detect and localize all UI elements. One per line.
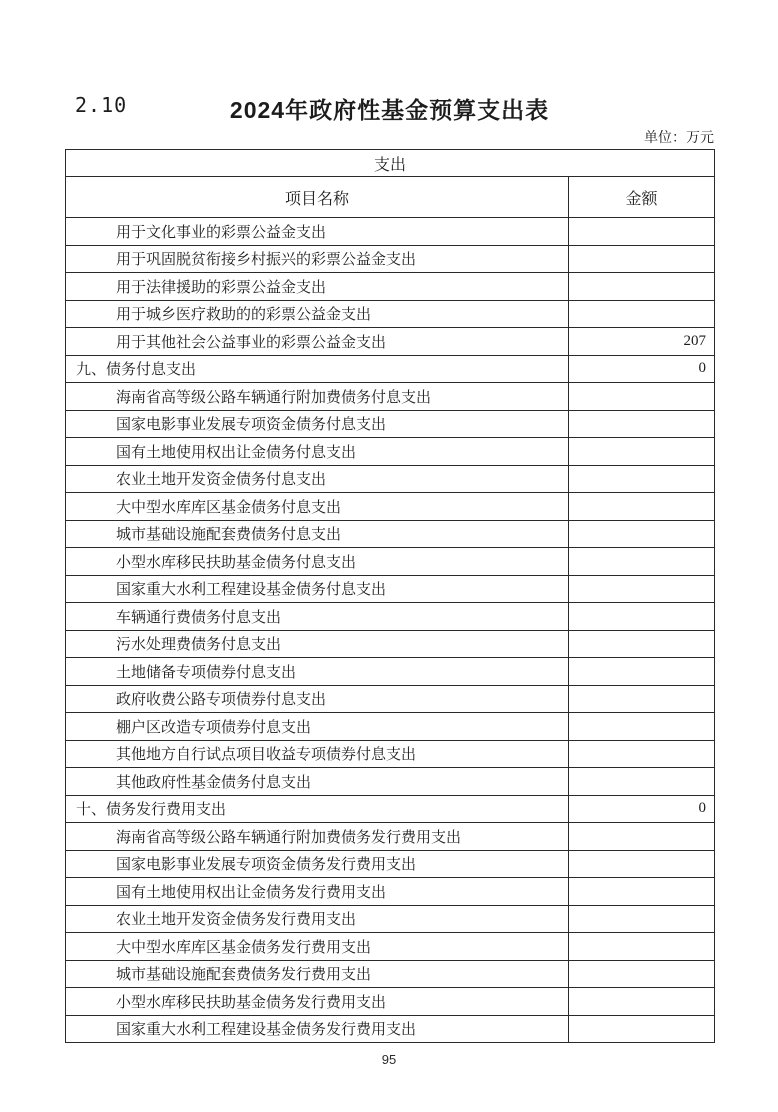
budget-expenditure-table: 支出 项目名称 金额 用于文化事业的彩票公益金支出用于巩固脱贫衔接乡村振兴的彩票…: [65, 149, 715, 1043]
table-row: 农业土地开发资金债务付息支出: [66, 465, 715, 493]
table-row: 国家重大水利工程建设基金债务付息支出: [66, 575, 715, 603]
item-name-cell: 农业土地开发资金债务发行费用支出: [66, 905, 569, 933]
table-row: 土地储备专项债券付息支出: [66, 658, 715, 686]
amount-cell: 0: [569, 795, 715, 823]
amount-cell: [569, 245, 715, 273]
item-name-cell: 其他地方自行试点项目收益专项债券付息支出: [66, 740, 569, 768]
item-name-cell: 国家重大水利工程建设基金债务发行费用支出: [66, 1015, 569, 1043]
item-name-cell: 小型水库移民扶助基金债务发行费用支出: [66, 988, 569, 1016]
item-name-cell: 污水处理费债务付息支出: [66, 630, 569, 658]
table-row: 国家电影事业发展专项资金债务付息支出: [66, 410, 715, 438]
span-header-cell: 支出: [66, 150, 715, 177]
item-name-cell: 国家电影事业发展专项资金债务发行费用支出: [66, 850, 569, 878]
page-title: 2024年政府性基金预算支出表: [65, 92, 714, 125]
amount-cell: [569, 1015, 715, 1043]
amount-cell: [569, 685, 715, 713]
table-row: 小型水库移民扶助基金债务付息支出: [66, 548, 715, 576]
table-row: 国家电影事业发展专项资金债务发行费用支出: [66, 850, 715, 878]
item-name-cell: 九、债务付息支出: [66, 355, 569, 383]
table-row: 海南省高等级公路车辆通行附加费债务发行费用支出: [66, 823, 715, 851]
table-row: 车辆通行费债务付息支出: [66, 603, 715, 631]
amount-cell: [569, 740, 715, 768]
item-name-cell: 农业土地开发资金债务付息支出: [66, 465, 569, 493]
table-row: 用于法律援助的彩票公益金支出: [66, 273, 715, 301]
item-name-cell: 城市基础设施配套费债务发行费用支出: [66, 960, 569, 988]
table-row: 用于文化事业的彩票公益金支出: [66, 218, 715, 246]
amount-cell: [569, 768, 715, 796]
amount-cell: [569, 850, 715, 878]
document-header: 2.10 2024年政府性基金预算支出表: [0, 0, 778, 120]
item-name-cell: 十、债务发行费用支出: [66, 795, 569, 823]
table-body: 用于文化事业的彩票公益金支出用于巩固脱贫衔接乡村振兴的彩票公益金支出用于法律援助…: [66, 218, 715, 1043]
table-row: 大中型水库库区基金债务付息支出: [66, 493, 715, 521]
table-row: 城市基础设施配套费债务付息支出: [66, 520, 715, 548]
table-row: 其他政府性基金债务付息支出: [66, 768, 715, 796]
amount-cell: [569, 300, 715, 328]
unit-label: 单位：万元: [65, 127, 714, 147]
item-name-cell: 土地储备专项债券付息支出: [66, 658, 569, 686]
page-number: 95: [0, 1052, 778, 1067]
amount-cell: [569, 438, 715, 466]
item-name-cell: 城市基础设施配套费债务付息支出: [66, 520, 569, 548]
amount-cell: [569, 713, 715, 741]
amount-cell: [569, 988, 715, 1016]
table-column-header-row: 项目名称 金额: [66, 177, 715, 218]
item-name-cell: 用于巩固脱贫衔接乡村振兴的彩票公益金支出: [66, 245, 569, 273]
amount-cell: [569, 493, 715, 521]
amount-cell: [569, 575, 715, 603]
item-name-cell: 国家电影事业发展专项资金债务付息支出: [66, 410, 569, 438]
item-name-cell: 政府收费公路专项债券付息支出: [66, 685, 569, 713]
table-row: 其他地方自行试点项目收益专项债券付息支出: [66, 740, 715, 768]
column-header-item-name: 项目名称: [66, 177, 569, 218]
table-row: 污水处理费债务付息支出: [66, 630, 715, 658]
item-name-cell: 国家重大水利工程建设基金债务付息支出: [66, 575, 569, 603]
amount-cell: [569, 603, 715, 631]
table-row: 小型水库移民扶助基金债务发行费用支出: [66, 988, 715, 1016]
item-name-cell: 其他政府性基金债务付息支出: [66, 768, 569, 796]
table-row: 十、债务发行费用支出0: [66, 795, 715, 823]
table-row: 海南省高等级公路车辆通行附加费债务付息支出: [66, 383, 715, 411]
item-name-cell: 大中型水库库区基金债务发行费用支出: [66, 933, 569, 961]
item-name-cell: 用于其他社会公益事业的彩票公益金支出: [66, 328, 569, 356]
table-row: 九、债务付息支出0: [66, 355, 715, 383]
amount-cell: [569, 823, 715, 851]
table-row: 大中型水库库区基金债务发行费用支出: [66, 933, 715, 961]
amount-cell: [569, 548, 715, 576]
amount-cell: [569, 960, 715, 988]
item-name-cell: 海南省高等级公路车辆通行附加费债务付息支出: [66, 383, 569, 411]
table-row: 用于其他社会公益事业的彩票公益金支出207: [66, 328, 715, 356]
table-header: 支出 项目名称 金额: [66, 150, 715, 218]
amount-cell: 207: [569, 328, 715, 356]
table-row: 用于城乡医疗救助的的彩票公益金支出: [66, 300, 715, 328]
table-row: 政府收费公路专项债券付息支出: [66, 685, 715, 713]
table-row: 国有土地使用权出让金债务发行费用支出: [66, 878, 715, 906]
table-span-header-row: 支出: [66, 150, 715, 177]
item-name-cell: 车辆通行费债务付息支出: [66, 603, 569, 631]
amount-cell: [569, 383, 715, 411]
table-row: 城市基础设施配套费债务发行费用支出: [66, 960, 715, 988]
item-name-cell: 用于城乡医疗救助的的彩票公益金支出: [66, 300, 569, 328]
item-name-cell: 国有土地使用权出让金债务付息支出: [66, 438, 569, 466]
amount-cell: [569, 465, 715, 493]
amount-cell: [569, 273, 715, 301]
column-header-amount: 金额: [569, 177, 715, 218]
amount-cell: [569, 520, 715, 548]
amount-cell: [569, 905, 715, 933]
amount-cell: [569, 658, 715, 686]
amount-cell: [569, 933, 715, 961]
item-name-cell: 小型水库移民扶助基金债务付息支出: [66, 548, 569, 576]
table-row: 棚户区改造专项债券付息支出: [66, 713, 715, 741]
amount-cell: [569, 410, 715, 438]
section-number: 2.10: [75, 93, 127, 117]
table-row: 农业土地开发资金债务发行费用支出: [66, 905, 715, 933]
item-name-cell: 棚户区改造专项债券付息支出: [66, 713, 569, 741]
amount-cell: [569, 630, 715, 658]
item-name-cell: 用于文化事业的彩票公益金支出: [66, 218, 569, 246]
table-row: 国家重大水利工程建设基金债务发行费用支出: [66, 1015, 715, 1043]
item-name-cell: 用于法律援助的彩票公益金支出: [66, 273, 569, 301]
item-name-cell: 大中型水库库区基金债务付息支出: [66, 493, 569, 521]
item-name-cell: 国有土地使用权出让金债务发行费用支出: [66, 878, 569, 906]
document-page: 2.10 2024年政府性基金预算支出表 单位：万元 支出 项目名称 金额 用于…: [0, 0, 778, 1112]
item-name-cell: 海南省高等级公路车辆通行附加费债务发行费用支出: [66, 823, 569, 851]
table-row: 用于巩固脱贫衔接乡村振兴的彩票公益金支出: [66, 245, 715, 273]
amount-cell: 0: [569, 355, 715, 383]
table-row: 国有土地使用权出让金债务付息支出: [66, 438, 715, 466]
amount-cell: [569, 218, 715, 246]
amount-cell: [569, 878, 715, 906]
